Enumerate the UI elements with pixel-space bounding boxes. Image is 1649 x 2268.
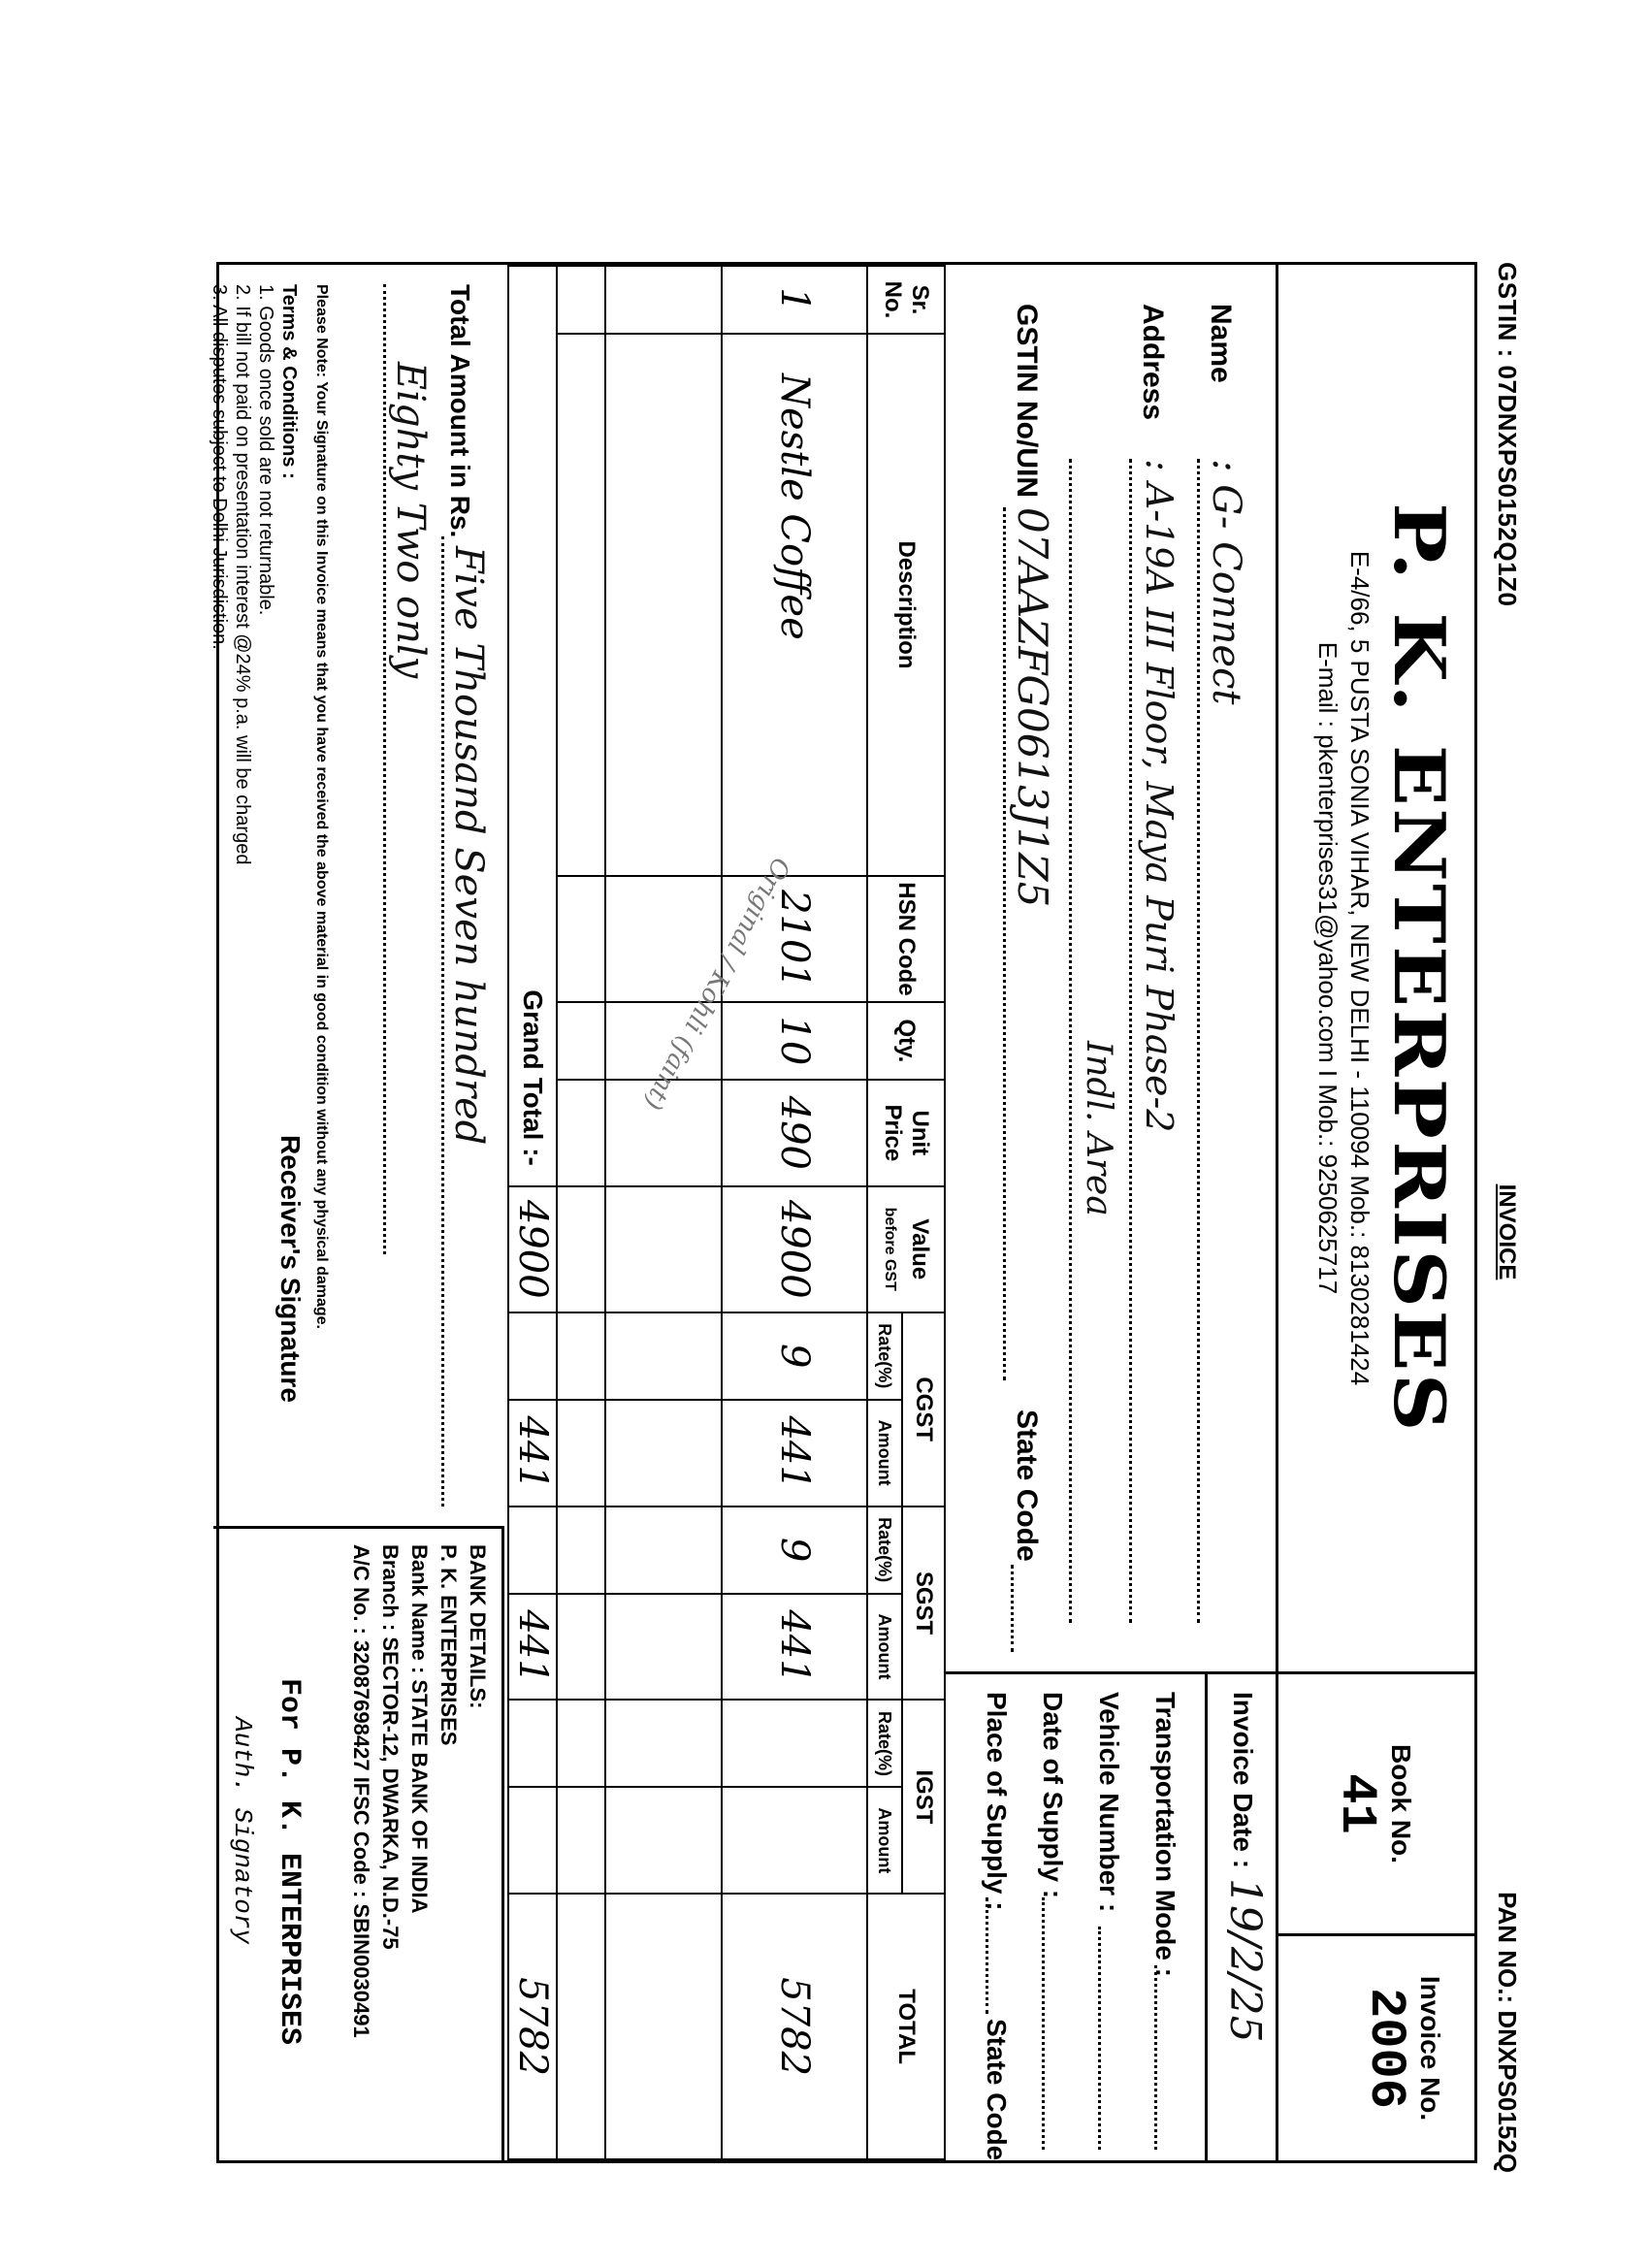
invoice-no-value: 2006 <box>1357 1936 1414 2160</box>
invoice-page: GSTIN : 07DNXPS0152Q1Z0 INVOICE PAN NO.:… <box>170 262 1528 2202</box>
customer-name: : G- Connect <box>1204 459 1248 704</box>
book-number-box: Book No. 41 <box>1276 1671 1474 1933</box>
company-header: P. K. ENTERPRISES E-4/66, 5 PUSTA SONIA … <box>1276 265 1474 1671</box>
sgst-rate-header: Rate(%) <box>867 1507 902 1594</box>
bank-branch: Branch : SECTOR-12, DWARKA, N.D.-75 <box>375 1544 404 2145</box>
for-company-label: For P. K. ENTERPRISES <box>273 1678 306 2045</box>
gstin-label: GSTIN No/UIN <box>1010 304 1043 498</box>
company-contact: E-mail : pkenterprises31@yahoo.com I Mob… <box>1312 265 1342 1671</box>
customer-gstin: 07AAZFG0613J1Z5 <box>1009 507 1056 907</box>
state-code-label: State Code <box>1010 1409 1043 1562</box>
bank-account-name: P. K. ENTERPRISES <box>434 1544 463 2145</box>
items-table: Sr. No. Description HSN Code Qty. Unit P… <box>507 265 946 2160</box>
bank-name: Bank Name : STATE BANK OF INDIA <box>404 1544 434 2145</box>
col-qty: Qty. <box>867 1002 945 1080</box>
customer-section: Name : G- Connect Address : A-19A III Fl… <box>946 265 1276 1671</box>
invoice-meta: Invoice Date : 19/2/25 Transportation Mo… <box>946 1671 1276 2160</box>
col-cgst: CGST <box>902 1312 945 1507</box>
col-value: Valuebefore GST <box>867 1186 945 1312</box>
receiver-signature-label: Receiver's Signature <box>275 1135 306 1403</box>
invoice-frame: P. K. ENTERPRISES E-4/66, 5 PUSTA SONIA … <box>216 262 1477 2163</box>
place-of-supply-label: Place of Supply : <box>981 1692 1012 1911</box>
term-item: 2. If bill not paid on presentation inte… <box>231 284 254 864</box>
name-label: Name <box>1204 304 1237 383</box>
col-igst: IGST <box>902 1700 945 1894</box>
transport-mode-label: Transportation Mode : <box>1149 1692 1180 1977</box>
company-address: E-4/66, 5 PUSTA SONIA VIHAR, NEW DELHI -… <box>1344 265 1374 1671</box>
term-item: 1. Goods once sold are not returnable. <box>254 284 277 864</box>
igst-amount-header: Amount <box>867 1787 902 1894</box>
signature-note: Please Note: Your Signature on this Invo… <box>312 284 330 1329</box>
company-name: P. K. ENTERPRISES <box>1378 159 1461 1777</box>
grand-total-row: Grand Total :- 4900 441 441 5782 <box>508 266 557 2159</box>
invoice-no-label: Invoice No. <box>1414 1936 1445 2160</box>
customer-address: : A-19A III Floor, Maya Puri Phase-2 <box>1138 459 1180 1132</box>
invoice-date-label: Invoice Date : <box>1227 1692 1258 1868</box>
cgst-rate-header: Rate(%) <box>867 1312 902 1400</box>
customer-address-line2: Indl. Area <box>1079 1041 1118 1216</box>
terms-conditions: Terms & Conditions : 1. Goods once sold … <box>208 284 301 864</box>
address-label: Address <box>1136 304 1169 420</box>
bank-account-ifsc: A/C No. : 32087698427 IFSC Code : SBIN00… <box>346 1544 375 2145</box>
vehicle-number-label: Vehicle Number : <box>1093 1692 1124 1912</box>
meta-state-code-label: State Code <box>981 2019 1012 2160</box>
terms-title: Terms & Conditions : <box>277 284 301 864</box>
empty-row <box>605 266 722 2159</box>
seller-pan: PAN NO.: DNXPS0152Q <box>1492 1892 1522 2173</box>
term-item: 3. All disputes subject to Delhi Jurisdi… <box>208 284 231 864</box>
book-no-label: Book No. <box>1385 1674 1416 1933</box>
col-description: Description <box>867 334 945 876</box>
book-no-value: 41 <box>1328 1674 1385 1933</box>
col-unit-price: Unit Price <box>867 1080 945 1186</box>
igst-rate-header: Rate(%) <box>867 1700 902 1787</box>
col-total: TOTAL <box>867 1894 945 2159</box>
invoice-date-value: 19/2/25 <box>1220 1878 1270 2043</box>
empty-row <box>557 266 605 2159</box>
amount-words-line2: Eighty Two only <box>388 362 433 678</box>
col-sgst: SGST <box>902 1507 945 1701</box>
amount-words-line1: Five Thousand Seven hundred <box>446 546 491 1145</box>
bank-details: BANK DETAILS: P. K. ENTERPRISES Bank Nam… <box>213 1526 504 2160</box>
col-hsn: HSN Code <box>867 876 945 1002</box>
sgst-amount-header: Amount <box>867 1594 902 1701</box>
authorised-signatory-label: Auth. Signatory <box>228 1717 257 1944</box>
invoice-number-box: Invoice No. 2006 <box>1276 1933 1474 2160</box>
cgst-amount-header: Amount <box>867 1400 902 1507</box>
date-of-supply-label: Date of Supply : <box>1037 1692 1068 1898</box>
col-sr: Sr. No. <box>867 266 945 334</box>
amount-words-label: Total Amount in Rs. <box>444 284 475 537</box>
bank-details-title: BANK DETAILS: <box>463 1544 492 2145</box>
table-row: 1 Nestle Coffee 2101 10 490 4900 9 441 9… <box>722 266 867 2159</box>
